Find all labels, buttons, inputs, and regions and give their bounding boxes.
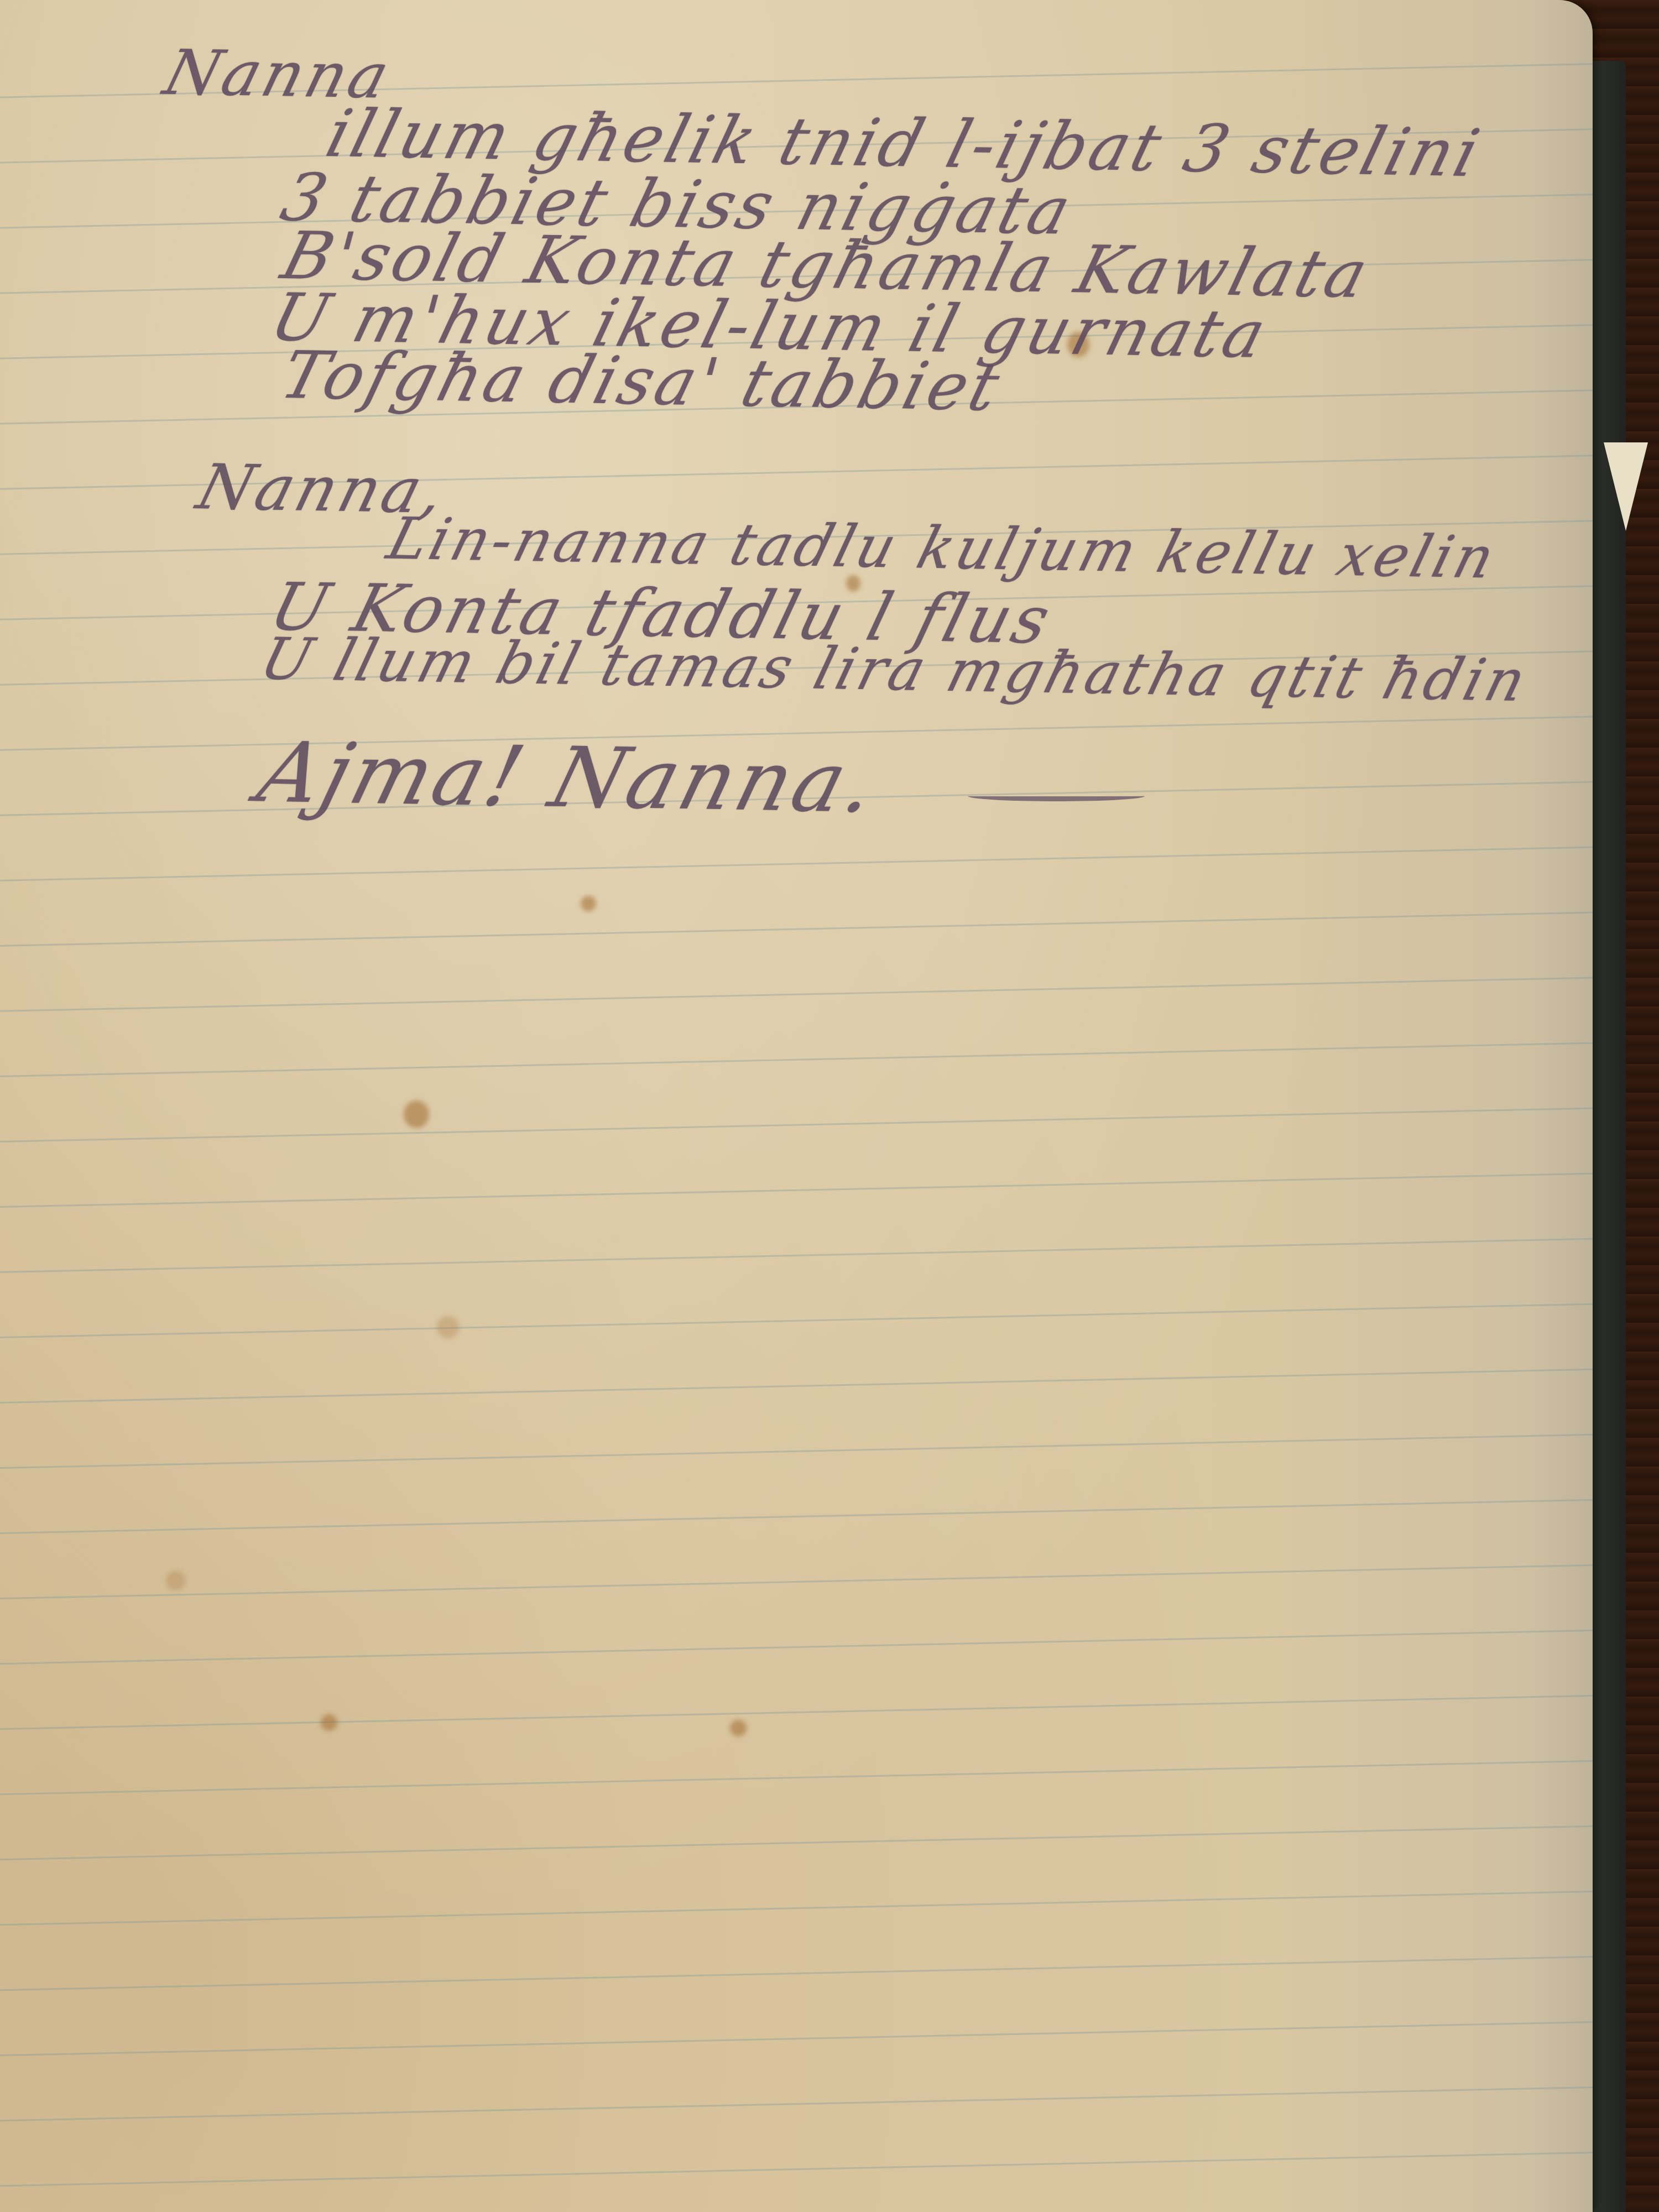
foxing-stain xyxy=(404,1100,429,1128)
closing-signature: Ajma! Nanna. xyxy=(248,724,889,831)
foxing-stain xyxy=(581,896,596,911)
foxing-stain xyxy=(166,1571,186,1590)
signature-flourish xyxy=(968,791,1145,801)
stanza-1-line-5: Tofgħa disa' tabbiet xyxy=(274,337,1011,426)
paper-scrap xyxy=(1604,442,1648,531)
foxing-stain xyxy=(321,1714,337,1731)
foxing-stain xyxy=(437,1316,459,1338)
foxing-stain xyxy=(730,1720,747,1736)
